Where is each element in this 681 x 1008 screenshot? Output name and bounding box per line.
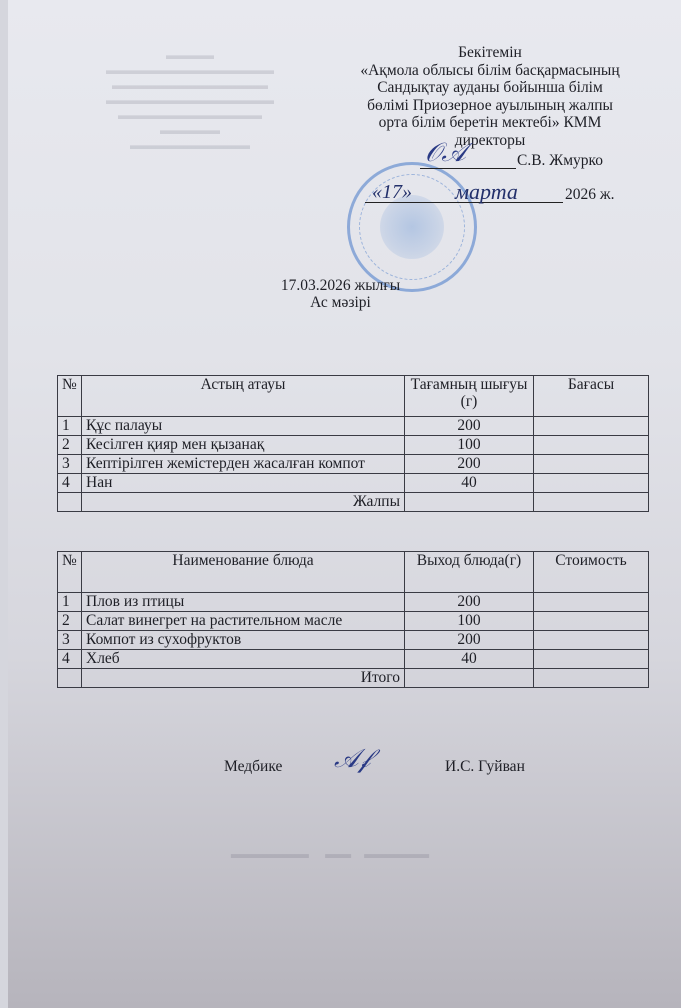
table-header-row: № Наименование блюда Выход блюда(г) Стои…: [58, 552, 649, 593]
table-row: 4 Хлеб 40: [58, 650, 649, 669]
row-output: 200: [405, 593, 534, 612]
approval-line: Сандықтау ауданы бойынша білім: [340, 79, 640, 97]
table-header-row: № Астың атауы Тағамның шығуы (г) Бағасы: [58, 376, 649, 417]
row-price: [534, 593, 649, 612]
row-price: [534, 650, 649, 669]
table-row: 2 Кесілген қияр мен қызанақ 100: [58, 436, 649, 455]
table-row: 3 Кептірілген жемістерден жасалған компо…: [58, 455, 649, 474]
header-price: Стоимость: [534, 552, 649, 593]
table-total-row: Жалпы: [58, 493, 649, 512]
row-output: 40: [405, 650, 534, 669]
nurse-label: Медбике: [224, 758, 282, 776]
table-row: 1 Құс палауы 200: [58, 417, 649, 436]
approval-date-day: «17»: [372, 181, 412, 204]
nurse-signature: 𝒜𝒻: [334, 744, 370, 775]
row-name: Компот из сухофруктов: [82, 631, 405, 650]
row-price: [534, 455, 649, 474]
menu-table-russian: № Наименование блюда Выход блюда(г) Стои…: [57, 551, 649, 688]
approval-date-year: 2026 ж.: [565, 186, 614, 204]
row-no: 2: [58, 436, 82, 455]
row-output: 100: [405, 612, 534, 631]
document-date: 17.03.2026 жылғы: [0, 277, 681, 294]
header-output: Тағамның шығуы (г): [405, 376, 534, 417]
header-output: Выход блюда(г): [405, 552, 534, 593]
approval-line: директоры: [340, 132, 640, 150]
approval-heading: Бекітемін: [340, 44, 640, 62]
total-label: Итого: [82, 669, 405, 688]
row-no: 2: [58, 612, 82, 631]
table-row: 4 Нан 40: [58, 474, 649, 493]
total-output: [405, 493, 534, 512]
table-row: 3 Компот из сухофруктов 200: [58, 631, 649, 650]
row-name: Құс палауы: [82, 417, 405, 436]
director-name: С.В. Жмурко: [517, 152, 603, 170]
row-price: [534, 436, 649, 455]
total-no: [58, 669, 82, 688]
table-row: 1 Плов из птицы 200: [58, 593, 649, 612]
row-output: 100: [405, 436, 534, 455]
row-name: Хлеб: [82, 650, 405, 669]
row-name: Кептірілген жемістерден жасалған компот: [82, 455, 405, 474]
row-price: [534, 631, 649, 650]
menu-table-kazakh: № Астың атауы Тағамның шығуы (г) Бағасы …: [57, 375, 649, 512]
row-output: 200: [405, 455, 534, 474]
header-no: №: [58, 552, 82, 593]
total-price: [534, 493, 649, 512]
header-price: Бағасы: [534, 376, 649, 417]
row-output: 200: [405, 631, 534, 650]
row-no: 4: [58, 474, 82, 493]
approval-block: Бекітемін «Ақмола облысы білім басқармас…: [340, 44, 640, 149]
total-no: [58, 493, 82, 512]
table-total-row: Итого: [58, 669, 649, 688]
row-price: [534, 612, 649, 631]
row-name: Салат винегрет на растительном масле: [82, 612, 405, 631]
approval-line: орта білім беретін мектебі» КММ: [340, 114, 640, 132]
table-row: 2 Салат винегрет на растительном масле 1…: [58, 612, 649, 631]
row-name: Кесілген қияр мен қызанақ: [82, 436, 405, 455]
row-price: [534, 417, 649, 436]
row-no: 4: [58, 650, 82, 669]
director-signature: 𝒪𝒜: [425, 138, 466, 169]
page-edge: [0, 0, 8, 1008]
approval-line: бөлімі Приозерное ауылының жалпы: [340, 97, 640, 115]
row-no: 3: [58, 631, 82, 650]
header-name: Наименование блюда: [82, 552, 405, 593]
approval-line: «Ақмола облысы білім басқармасының: [340, 62, 640, 80]
document-title: Ас мәзірі: [0, 294, 681, 311]
row-no: 1: [58, 417, 82, 436]
row-output: 200: [405, 417, 534, 436]
bleed-through-footer: ▬▬▬▬▬ ▬▬ ▬▬▬▬▬▬: [180, 846, 480, 861]
row-price: [534, 474, 649, 493]
row-no: 3: [58, 455, 82, 474]
total-output: [405, 669, 534, 688]
header-no: №: [58, 376, 82, 417]
nurse-name: И.С. Гуйван: [445, 758, 525, 776]
row-no: 1: [58, 593, 82, 612]
total-label: Жалпы: [82, 493, 405, 512]
row-output: 40: [405, 474, 534, 493]
header-name: Астың атауы: [82, 376, 405, 417]
bleed-through-text: ▬▬▬▬▬▬▬▬▬▬▬▬▬▬▬▬▬▬▬▬▬▬▬▬▬▬▬▬▬▬▬▬▬▬▬▬▬▬▬▬…: [70, 48, 310, 153]
total-price: [534, 669, 649, 688]
approval-date-month: марта: [455, 179, 518, 205]
row-name: Нан: [82, 474, 405, 493]
row-name: Плов из птицы: [82, 593, 405, 612]
